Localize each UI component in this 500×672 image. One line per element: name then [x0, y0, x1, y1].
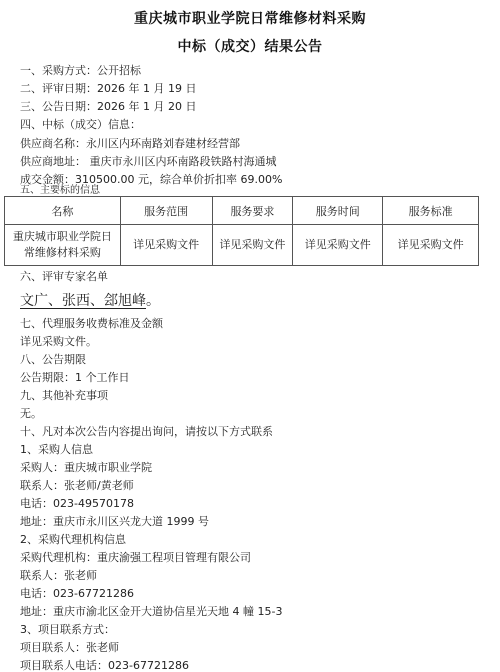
table-header-row: 名称 服务范围 服务要求 服务时间 服务标准	[5, 197, 479, 225]
document-subtitle: 中标（成交）结果公告	[0, 36, 500, 56]
agency-address: 地址：重庆市渝北区金开大道协信星光天地 4 幢 15-3	[20, 605, 282, 619]
main-subject-heading: 五、主要标的信息	[20, 186, 100, 196]
award-info-heading: 四、中标（成交）信息：	[20, 118, 141, 132]
experts-list: 文广、张西、郐旭峰。	[20, 290, 160, 310]
experts-heading: 六、评审专家名单	[20, 270, 108, 284]
supplier-address: 供应商地址： 重庆市永川区内环南路段铁路村海通城	[20, 155, 277, 169]
agency-name: 采购代理机构：重庆渝强工程项目管理有限公司	[20, 551, 251, 565]
project-contact-name: 项目联系人：张老师	[20, 641, 119, 655]
purchaser-phone: 电话：023-49570178	[20, 497, 134, 511]
table-cell-name: 重庆城市职业学院日 常维修材料采购	[5, 225, 121, 266]
agency-heading: 2、采购代理机构信息	[20, 533, 126, 547]
table-cell: 详见采购文件	[120, 225, 212, 266]
other-heading: 九、其他补充事项	[20, 389, 108, 403]
contact-heading: 十、凡对本次公告内容提出询问，请按以下方式联系	[20, 425, 273, 439]
table-header-cell: 名称	[5, 197, 121, 225]
period-text: 公告期限：1 个工作日	[20, 371, 130, 385]
table-row: 重庆城市职业学院日 常维修材料采购 详见采购文件 详见采购文件 详见采购文件 详…	[5, 225, 479, 266]
supplier-name: 供应商名称：永川区内环南路刘春建材经营部	[20, 137, 240, 151]
agency-fee-text: 详见采购文件。	[20, 335, 97, 349]
purchaser-contact: 联系人：张老师/黄老师	[20, 479, 134, 493]
project-contact-heading: 3、项目联系方式：	[20, 623, 115, 637]
document-title: 重庆城市职业学院日常维修材料采购	[0, 8, 500, 28]
other-text: 无。	[20, 407, 42, 421]
announcement-date: 三、公告日期：2026 年 1 月 20 日	[20, 100, 196, 114]
period-heading: 八、公告期限	[20, 353, 86, 367]
table-header-cell: 服务时间	[293, 197, 383, 225]
agency-contact: 联系人：张老师	[20, 569, 97, 583]
table-cell: 详见采购文件	[383, 225, 479, 266]
purchaser-name: 采购人：重庆城市职业学院	[20, 461, 152, 475]
table-header-cell: 服务范围	[120, 197, 212, 225]
table-header-cell: 服务要求	[212, 197, 293, 225]
table-cell: 详见采购文件	[293, 225, 383, 266]
procurement-method: 一、采购方式：公开招标	[20, 64, 141, 78]
subject-info-table: 名称 服务范围 服务要求 服务时间 服务标准 重庆城市职业学院日 常维修材料采购…	[4, 196, 479, 266]
experts-names: 文广、张西、郐旭峰	[20, 293, 146, 309]
purchaser-address: 地址：重庆市永川区兴龙大道 1999 号	[20, 515, 209, 529]
project-contact-phone: 项目联系人电话：023-67721286	[20, 659, 189, 672]
review-date: 二、评审日期：2026 年 1 月 19 日	[20, 82, 196, 96]
agency-fee-heading: 七、代理服务收费标准及金额	[20, 317, 163, 331]
agency-phone: 电话：023-67721286	[20, 587, 134, 601]
purchaser-heading: 1、采购人信息	[20, 443, 93, 457]
table-header-cell: 服务标准	[383, 197, 479, 225]
table-cell: 详见采购文件	[212, 225, 293, 266]
